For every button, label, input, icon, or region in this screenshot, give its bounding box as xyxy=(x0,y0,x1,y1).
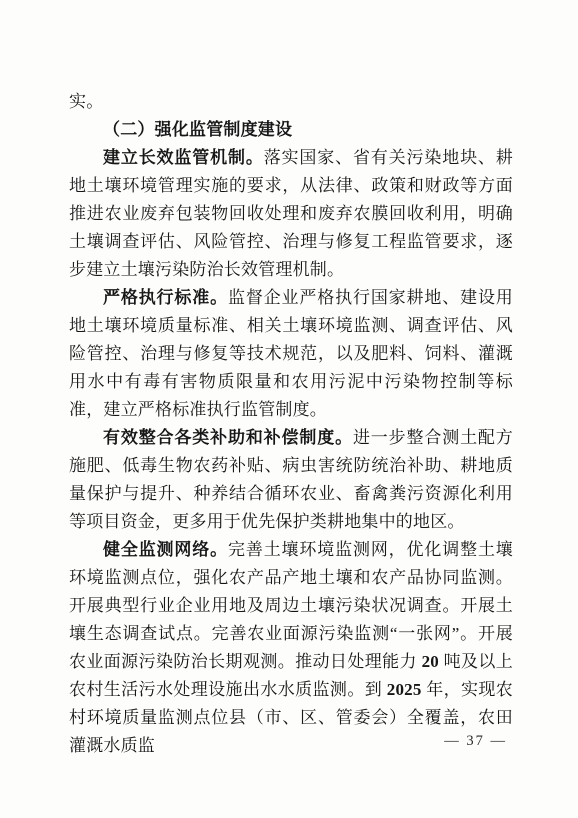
paragraph-lead: 严格执行标准。 xyxy=(103,288,228,307)
daily-capacity-value: 20 xyxy=(422,652,439,671)
document-body: 实。 （二）强化监管制度建设 建立长效监管机制。落实国家、省有关污染地块、耕地土… xyxy=(69,88,513,760)
target-year-value: 2025 xyxy=(387,680,422,699)
paragraph-long-term-mechanism: 建立长效监管机制。落实国家、省有关污染地块、耕地土壤环境管理实施的要求，从法律、… xyxy=(69,144,513,284)
section-heading: （二）强化监管制度建设 xyxy=(69,116,513,144)
document-page: 实。 （二）强化监管制度建设 建立长效监管机制。落实国家、省有关污染地块、耕地土… xyxy=(0,0,578,818)
paragraph-strict-standards: 严格执行标准。监督企业严格执行国家耕地、建设用地土壤环境质量标准、相关土壤环境监… xyxy=(69,284,513,424)
page-number: — 37 — xyxy=(444,733,507,750)
paragraph-lead: 健全监测网络。 xyxy=(103,540,228,559)
paragraph-lead: 建立长效监管机制。 xyxy=(103,148,264,167)
paragraph-text: 落实国家、省有关污染地块、耕地土壤环境管理实施的要求，从法律、政策和财政等方面推… xyxy=(69,148,513,279)
continuation-line: 实。 xyxy=(69,88,513,116)
paragraph-text: 监督企业严格执行国家耕地、建设用地土壤环境质量标准、相关土壤环境监测、调查评估、… xyxy=(69,288,513,419)
paragraph-subsidy-integration: 有效整合各类补助和补偿制度。进一步整合测土配方施肥、低毒生物农药补贴、病虫害统防… xyxy=(69,424,513,536)
paragraph-lead: 有效整合各类补助和补偿制度。 xyxy=(103,428,353,447)
paragraph-monitoring-network: 健全监测网络。完善土壤环境监测网，优化调整土壤环境监测点位，强化农产品产地土壤和… xyxy=(69,536,513,760)
